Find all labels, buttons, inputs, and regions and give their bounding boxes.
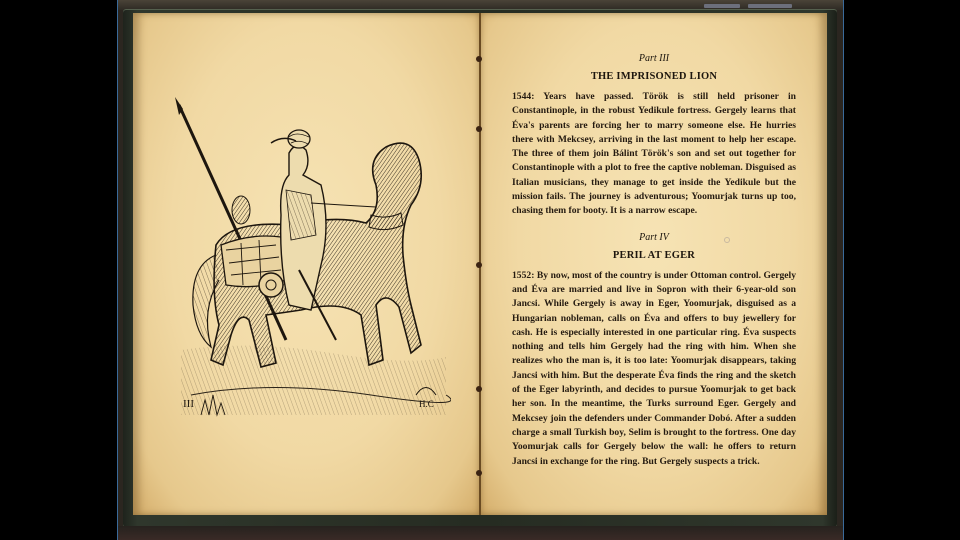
viewer-top-tabs	[704, 4, 792, 8]
binding-stitch	[476, 126, 482, 132]
section-title: PERIL AT EGER	[512, 250, 796, 261]
section-body: 1552: By now, most of the country is und…	[512, 269, 796, 469]
svg-text:H.C: H.C	[419, 399, 434, 409]
binding-stitch	[476, 470, 482, 476]
viewer-tab-1[interactable]	[704, 4, 740, 8]
left-page[interactable]: III H.C	[133, 13, 480, 515]
horseman-engraving: III H.C	[171, 95, 451, 425]
part-label: Part IV	[512, 232, 796, 243]
section-title: THE IMPRISONED LION	[512, 71, 796, 82]
section-body: 1544: Years have passed. Török is still …	[512, 90, 796, 219]
paper-speck	[724, 237, 730, 243]
svg-text:III: III	[183, 398, 194, 410]
binding-stitch	[476, 386, 482, 392]
synopsis-text: Part III THE IMPRISONED LION 1544: Years…	[512, 53, 796, 469]
binding-stitch	[476, 262, 482, 268]
right-page[interactable]: Part III THE IMPRISONED LION 1544: Years…	[480, 13, 827, 515]
viewer-tab-2[interactable]	[748, 4, 792, 8]
part-label: Part III	[512, 53, 796, 64]
book-viewer: III H.C Part III THE IMPRISONED LION 154…	[117, 0, 844, 540]
binding-stitch	[476, 56, 482, 62]
